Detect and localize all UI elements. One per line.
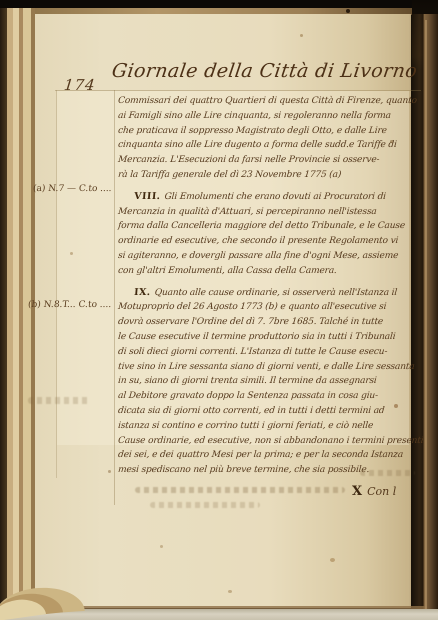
section-8-numeral: VIII. bbox=[134, 191, 161, 202]
ruled-line-left-inner bbox=[114, 90, 115, 505]
text-span: Quanto alle cause ordinarie, si osserver… bbox=[154, 288, 397, 298]
page-number: 174 bbox=[63, 76, 97, 94]
background-top bbox=[0, 0, 438, 8]
paragraph-section-9: IX.Quanto alle cause ordinarie, si osser… bbox=[118, 286, 428, 478]
text-line: IX.Quanto alle cause ordinarie, si osser… bbox=[117, 286, 428, 301]
text-line: Cause ordinarie, ed esecutive, non si ab… bbox=[117, 434, 428, 449]
ruled-line-left-outer bbox=[56, 90, 57, 478]
text-line: in su, siano di giorni trenta simili. Il… bbox=[117, 374, 428, 389]
text-line: di soli dieci giorni correnti. L'Istanza… bbox=[117, 345, 428, 360]
text-line: si agiteranno, e dovergli passare alla f… bbox=[117, 249, 428, 264]
text-line: Mercanzia. L'Esecuzioni da farsi nelle P… bbox=[117, 153, 428, 168]
margin-note-b: (b) N.8.T... C.to .... bbox=[27, 300, 111, 310]
text-line: Mercanzia in qualità d'Attuari, si perce… bbox=[117, 205, 428, 220]
text-line: ordinarie ed esecutive, che secondo il p… bbox=[117, 234, 428, 249]
text-line: istanza si contino e corrino tutti i gio… bbox=[117, 419, 428, 434]
left-page-edge-5 bbox=[23, 8, 31, 612]
margin-note-a: (a) N.7 — C.to .... bbox=[32, 184, 112, 194]
stain-speck bbox=[70, 252, 73, 255]
stain-speck bbox=[108, 470, 111, 473]
stain-speck bbox=[390, 140, 393, 143]
stain-speck bbox=[394, 404, 398, 408]
ink-showthrough-margin bbox=[28, 397, 90, 404]
text-line: rà la Tariffa generale del dì 23 Novembr… bbox=[117, 168, 428, 183]
stain-speck bbox=[160, 545, 163, 548]
body-text: Commissari dei quattro Quartieri di ques… bbox=[118, 94, 428, 485]
stain-speck bbox=[228, 590, 232, 593]
text-line: forma dalla Cancelleria maggiore del det… bbox=[117, 219, 428, 234]
text-line: che praticava il soppresso Magistrato de… bbox=[117, 124, 428, 139]
text-line: ai Famigli sino alle Lire cinquanta, si … bbox=[117, 109, 428, 124]
ink-showthrough bbox=[360, 470, 415, 476]
text-line: Motuproprio del 26 Agosto 1773 (b) e qua… bbox=[117, 300, 428, 315]
text-line: dei sei, e dei quattro Mesi per la prima… bbox=[117, 448, 428, 463]
section-9-numeral: IX. bbox=[134, 287, 152, 298]
text-line: al Debitore gravato doppo la Sentenza pa… bbox=[117, 389, 428, 404]
stain-speck bbox=[330, 558, 335, 562]
text-line: dovrà osservare l'Ordine del dì 7. 7bre … bbox=[117, 315, 428, 330]
text-line: le Cause esecutive il termine produttori… bbox=[117, 330, 428, 345]
catchword-marker: X bbox=[352, 484, 362, 499]
ink-showthrough bbox=[135, 487, 345, 493]
text-line: dicata sia di giorni otto correnti, ed i… bbox=[117, 404, 428, 419]
catchword: XCon l bbox=[352, 484, 396, 499]
text-line: tive sino in Lire sessanta siano di gior… bbox=[117, 360, 428, 375]
ruled-line-top bbox=[55, 90, 421, 91]
text-span: Gli Emolumenti che erano dovuti ai Procu… bbox=[164, 192, 386, 202]
ink-showthrough bbox=[150, 502, 260, 508]
text-line: con gl'altri Emolumenti, alla Cassa dell… bbox=[117, 264, 428, 279]
catchword-text: Con l bbox=[367, 485, 396, 498]
page-title: Giornale della Città di Livorno bbox=[110, 60, 425, 82]
stain-speck bbox=[300, 34, 303, 37]
left-page-edge-1 bbox=[0, 8, 7, 612]
text-line: VIII.Gli Emolumenti che erano dovuti ai … bbox=[117, 190, 428, 205]
paragraph-section-8: VIII.Gli Emolumenti che erano dovuti ai … bbox=[118, 190, 428, 279]
paragraph-continuation: Commissari dei quattro Quartieri di ques… bbox=[118, 94, 428, 183]
stain-speck bbox=[346, 9, 350, 13]
text-line: cinquanta sino alle Lire dugento a forma… bbox=[117, 138, 428, 153]
manuscript-photo: 174 Giornale della Città di Livorno (a) … bbox=[0, 0, 438, 620]
text-line: Commissari dei quattro Quartieri di ques… bbox=[117, 94, 428, 109]
